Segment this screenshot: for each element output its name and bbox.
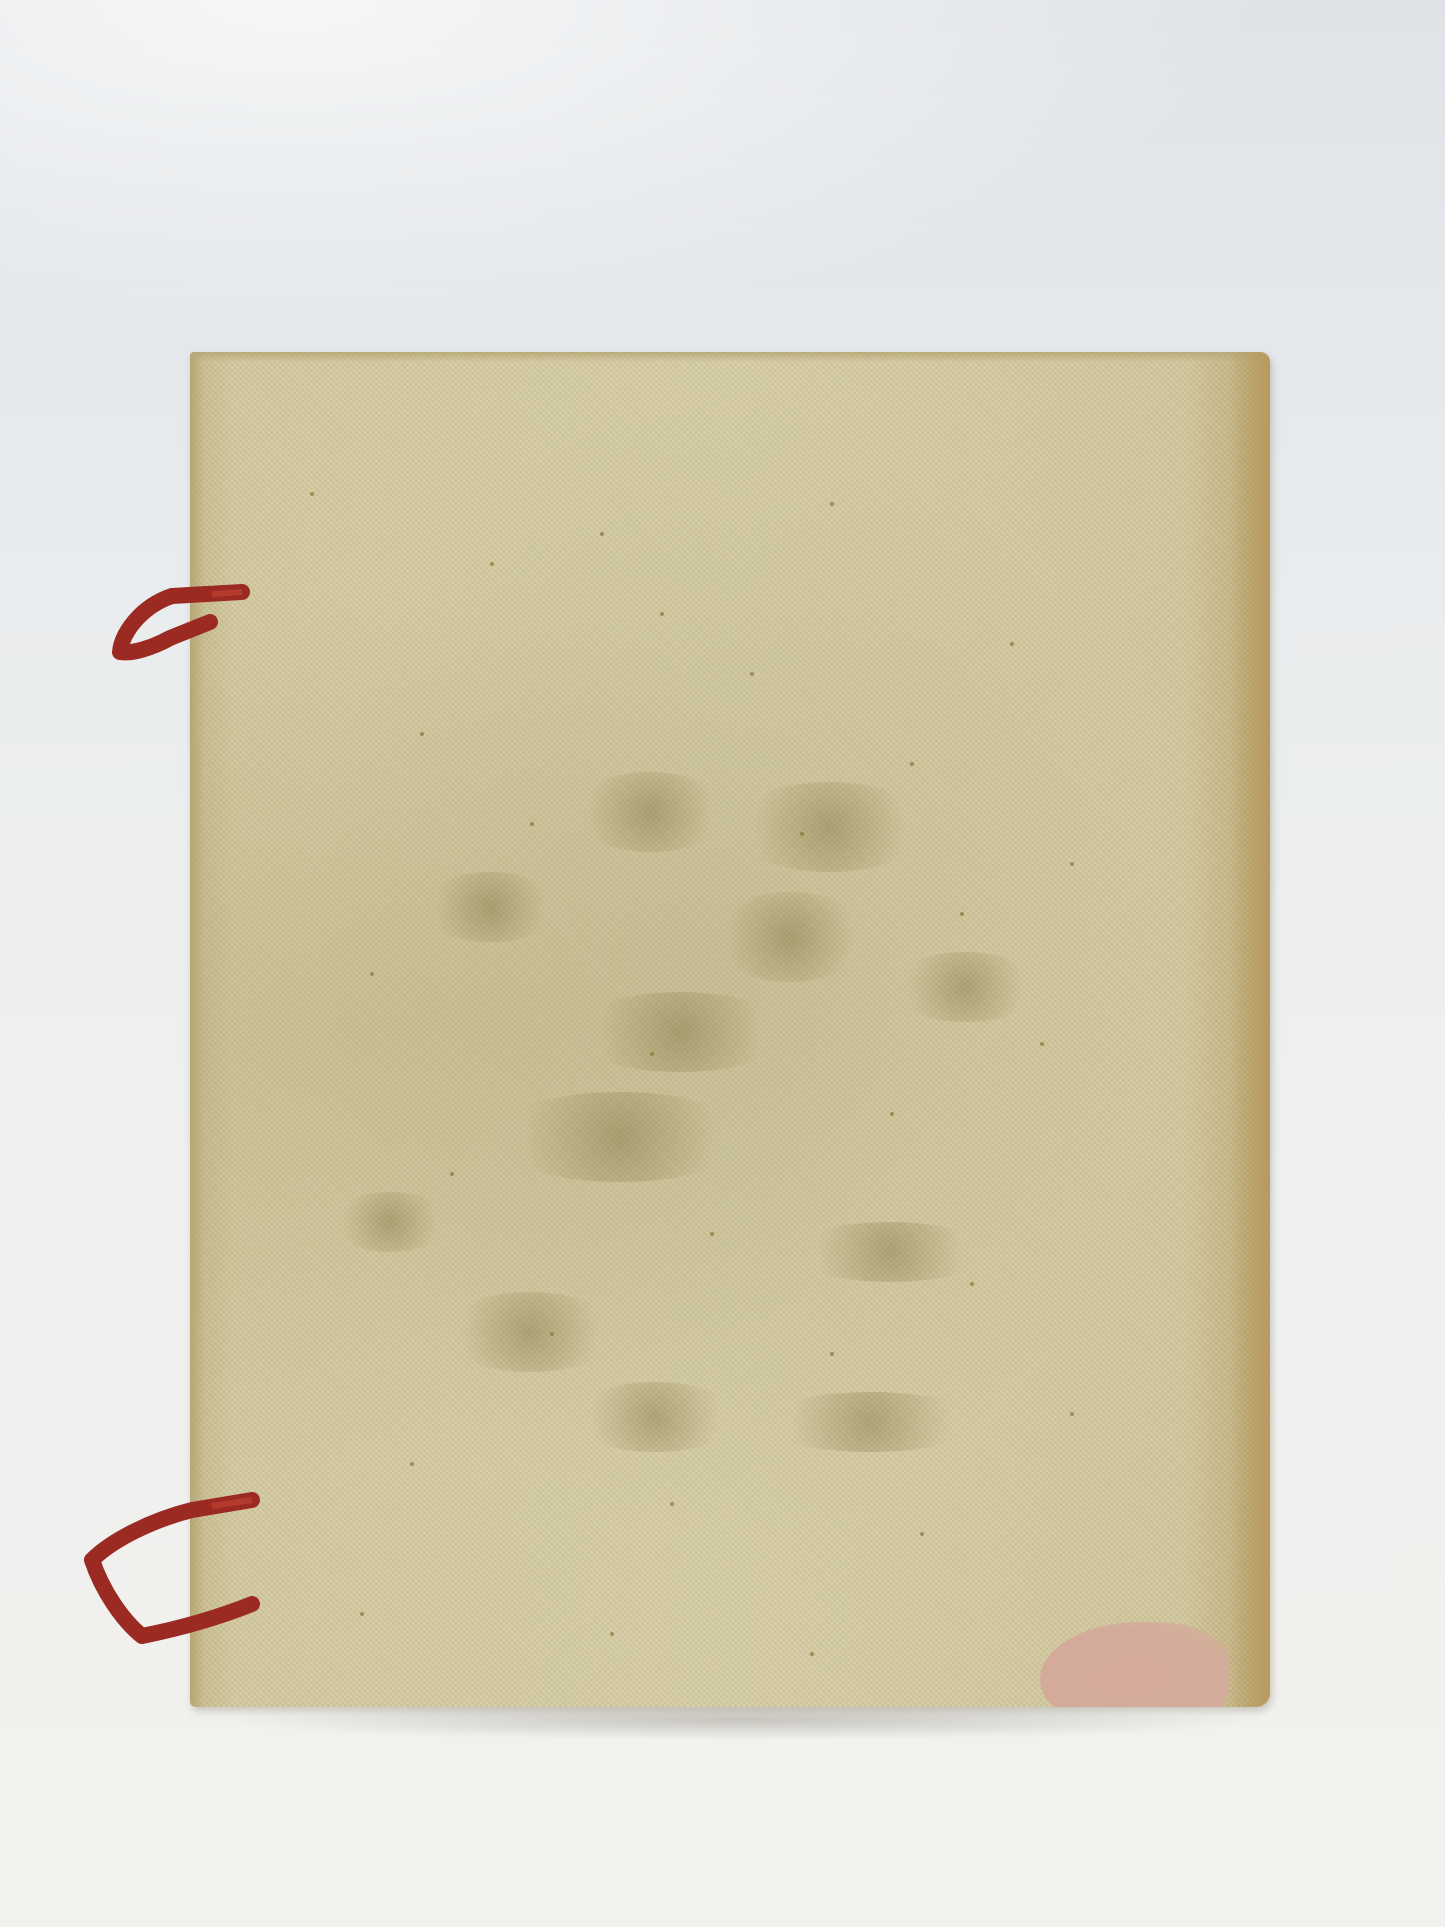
foxing-patch bbox=[730, 782, 930, 872]
book-back-cover bbox=[190, 352, 1270, 1707]
foxing-patch bbox=[570, 992, 790, 1072]
foxing-patch bbox=[890, 952, 1040, 1022]
foxing-patch bbox=[440, 1292, 620, 1372]
pink-stain bbox=[1040, 1622, 1230, 1707]
foxing-patch bbox=[570, 772, 730, 852]
foxing-patch bbox=[710, 892, 870, 982]
photo-scene bbox=[0, 0, 1445, 1927]
backdrop bbox=[0, 0, 1445, 400]
foxing-patch bbox=[490, 1092, 750, 1182]
foxing-patch bbox=[330, 1192, 450, 1252]
ribbon-tie-lower bbox=[82, 1480, 262, 1660]
book-spine-edge bbox=[1230, 352, 1270, 1707]
foxing-patch bbox=[790, 1222, 990, 1282]
foxing-patch bbox=[420, 872, 560, 942]
foxing-patch bbox=[570, 1382, 740, 1452]
ribbon-tie-upper bbox=[112, 582, 252, 702]
book-top-edge bbox=[190, 352, 1270, 362]
foxing-patch bbox=[760, 1392, 980, 1452]
